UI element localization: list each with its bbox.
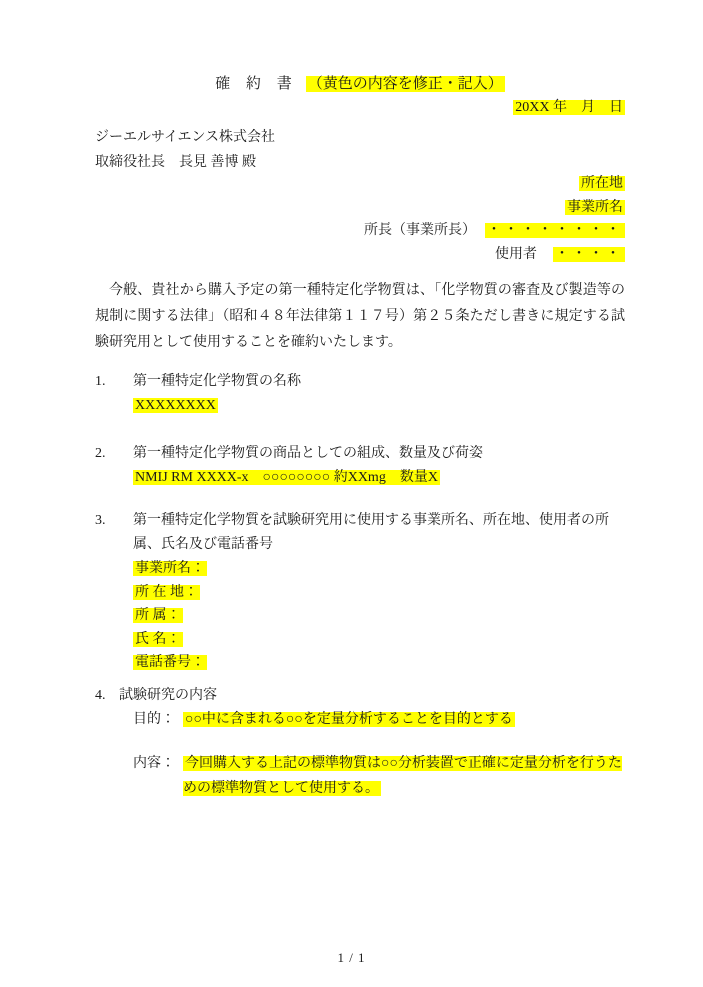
sender-director-line: 所長（事業所長）・・・・・・・・ — [95, 219, 625, 243]
sender-user-line: 使用者・・・・ — [95, 243, 625, 267]
section-2-body: NMIJ RM XXXX-x ○○○○○○○○ 約XXmg 数量X — [133, 466, 625, 489]
department-field: 所 属： — [133, 608, 183, 623]
title-line: 確 約 書（黄色の内容を修正・記入） — [95, 74, 625, 94]
section-research-details: 4. 試験研究の内容 目的： ○○中に含まれる○○を定量分析することを目的とする… — [95, 684, 625, 801]
section-substance-name: 1. 第一種特定化学物質の名称 XXXXXXXX — [95, 370, 625, 417]
sender-user-label: 使用者 — [495, 247, 537, 262]
field-row-name: 氏 名： — [133, 628, 625, 652]
field-row-phone: 電話番号： — [133, 651, 625, 675]
content-field: 今回購入する上記の標準物質は○○分析装置で正確に定量分析を行うための標準物質とし… — [183, 756, 622, 796]
page-number: 1 / 1 — [0, 950, 703, 966]
content-label: 内容： — [133, 751, 175, 801]
name-field: 氏 名： — [133, 632, 183, 647]
recipient-company: ジーエルサイエンス株式会社 — [95, 125, 625, 150]
office-info-fields: 事業所名： 所 在 地： 所 属： 氏 名： 電話番号： — [133, 557, 625, 675]
recipient-block: ジーエルサイエンス株式会社 取締役社長 長見 善博 殿 — [95, 125, 625, 175]
field-row-department: 所 属： — [133, 604, 625, 628]
office-name-field: 事業所名： — [133, 561, 207, 576]
research-content-row: 内容： 今回購入する上記の標準物質は○○分析装置で正確に定量分析を行うための標準… — [133, 751, 625, 801]
document-title: 確 約 書 — [215, 76, 298, 92]
purpose-value: ○○中に含まれる○○を定量分析することを目的とする — [183, 708, 625, 731]
section-2-heading-row: 2. 第一種特定化学物質の商品としての組成、数量及び荷姿 — [95, 442, 625, 466]
composition-field: NMIJ RM XXXX-x ○○○○○○○○ 約XXmg 数量X — [133, 470, 440, 485]
section-1-heading-row: 1. 第一種特定化学物質の名称 — [95, 370, 625, 394]
section-2-number: 2. — [95, 442, 133, 466]
document-page: 確 約 書（黄色の内容を修正・記入） 20XX 年 月 日 ジーエルサイエンス株… — [0, 0, 703, 987]
sender-location-field: 所在地 — [579, 176, 625, 191]
purpose-label: 目的： — [133, 708, 175, 731]
sender-office-field: 事業所名 — [565, 200, 625, 215]
section-office-info: 3. 第一種特定化学物質を試験研究用に使用する事業所名、所在地、使用者の所属、氏… — [95, 509, 625, 675]
sender-location-line: 所在地 — [95, 172, 625, 196]
date-line: 20XX 年 月 日 — [95, 98, 625, 118]
sender-director-field: ・・・・・・・・ — [485, 223, 625, 238]
section-composition: 2. 第一種特定化学物質の商品としての組成、数量及び荷姿 NMIJ RM XXX… — [95, 442, 625, 489]
sender-user-field: ・・・・ — [553, 247, 625, 262]
research-purpose-row: 目的： ○○中に含まれる○○を定量分析することを目的とする — [133, 708, 625, 731]
section-1-body: XXXXXXXX — [133, 394, 625, 417]
section-3-heading: 第一種特定化学物質を試験研究用に使用する事業所名、所在地、使用者の所属、氏名及び… — [133, 509, 625, 557]
section-4-number: 4. — [95, 684, 119, 708]
section-4-heading-row: 4. 試験研究の内容 — [95, 684, 625, 708]
substance-name-field: XXXXXXXX — [133, 398, 218, 413]
date-field: 20XX 年 月 日 — [513, 100, 625, 115]
sender-director-label: 所長（事業所長） — [364, 223, 469, 238]
section-3-number: 3. — [95, 509, 133, 557]
sender-block: 所在地 事業所名 所長（事業所長）・・・・・・・・ 使用者・・・・ — [95, 172, 625, 266]
document-content: 確 約 書（黄色の内容を修正・記入） 20XX 年 月 日 ジーエルサイエンス株… — [0, 0, 703, 801]
section-4-heading: 試験研究の内容 — [119, 684, 625, 708]
title-instruction-note: （黄色の内容を修正・記入） — [306, 76, 505, 92]
field-row-office-name: 事業所名： — [133, 557, 625, 581]
location-field: 所 在 地： — [133, 585, 200, 600]
field-row-location: 所 在 地： — [133, 581, 625, 605]
section-1-heading: 第一種特定化学物質の名称 — [133, 370, 625, 394]
pledge-paragraph: 今般、貴社から購入予定の第一種特定化学物質は、「化学物質の審査及び製造等の規制に… — [95, 278, 625, 356]
sender-office-line: 事業所名 — [95, 196, 625, 220]
phone-field: 電話番号： — [133, 655, 207, 670]
purpose-field: ○○中に含まれる○○を定量分析することを目的とする — [183, 712, 515, 727]
section-1-number: 1. — [95, 370, 133, 394]
section-3-heading-row: 3. 第一種特定化学物質を試験研究用に使用する事業所名、所在地、使用者の所属、氏… — [95, 509, 625, 557]
section-2-heading: 第一種特定化学物質の商品としての組成、数量及び荷姿 — [133, 442, 625, 466]
content-value: 今回購入する上記の標準物質は○○分析装置で正確に定量分析を行うための標準物質とし… — [183, 751, 625, 801]
